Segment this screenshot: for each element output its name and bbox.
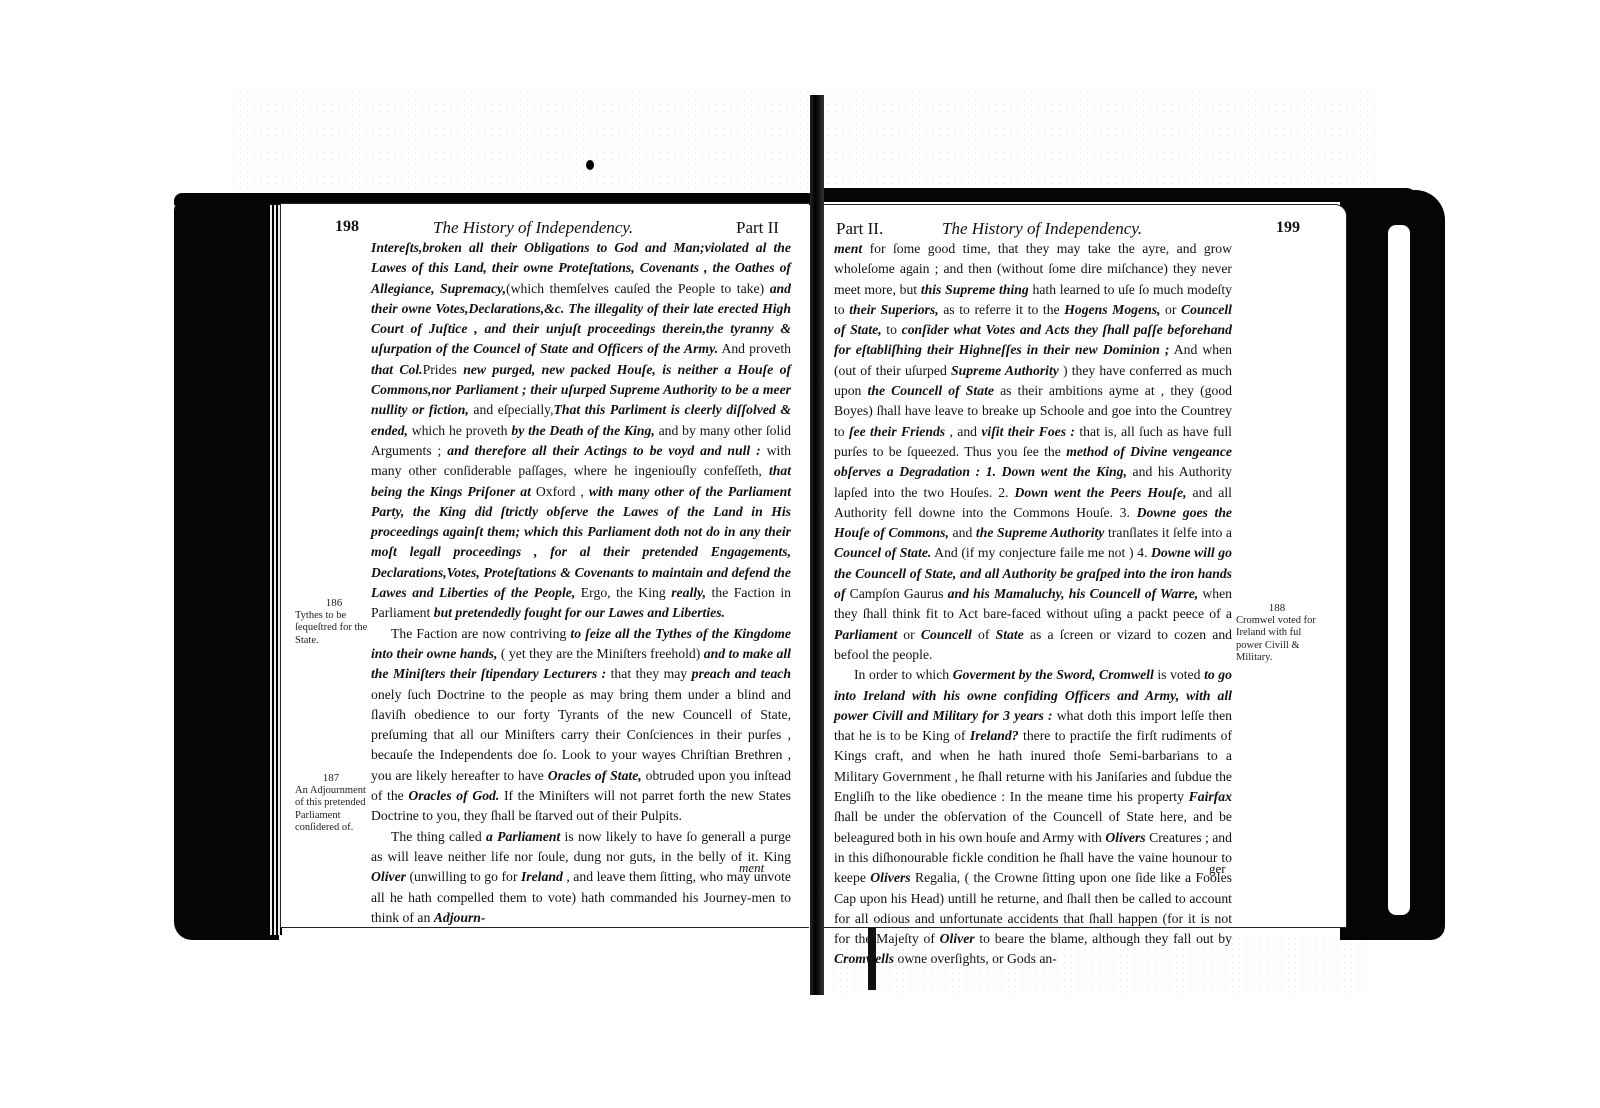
italic-text-run: Councel of State.: [834, 545, 931, 560]
paragraph: The Faction are now contriving to ſeize …: [371, 624, 791, 827]
margin-note-186: 186 Tythes to be ſequeſtred for the Stat…: [295, 597, 373, 647]
margin-note-187: 187 An Adjournment of this pretended Par…: [295, 772, 367, 835]
text-run: (unwilling to go for: [406, 869, 521, 884]
margin-note-number: 187: [295, 772, 367, 785]
italic-text-run: Ireland: [521, 869, 563, 884]
left-running-title: The History of Independency.: [433, 218, 633, 238]
italic-text-run: preach and teach: [692, 666, 791, 681]
right-running-title: The History of Independency.: [942, 219, 1142, 239]
text-run: Prides: [423, 362, 464, 377]
text-run: Ergo, the King: [575, 585, 671, 600]
left-part-label: Part II: [736, 218, 779, 238]
italic-text-run: Goverment by the Sword, Cromwell: [953, 667, 1154, 682]
scan-noise-top: [230, 90, 1380, 195]
text-run: and: [949, 525, 976, 540]
italic-text-run: Parliament: [834, 627, 897, 642]
text-run: and eſpecially,: [469, 402, 554, 417]
text-run: which he proveth: [408, 423, 511, 438]
text-run: Oxford ,: [531, 484, 589, 499]
italic-text-run: and therefore all their Actings to be vo…: [447, 443, 760, 458]
text-run: or: [897, 627, 921, 642]
margin-note-number: 188: [1236, 602, 1318, 615]
left-catchword: ment: [739, 860, 764, 876]
margin-note-188: 188 Cromwel voted for Ireland with ful p…: [1236, 602, 1318, 665]
text-run: to beare the blame, although they fall o…: [975, 931, 1232, 946]
text-run: or: [1160, 302, 1181, 317]
cover-right-highlight: [1388, 225, 1410, 915]
italic-text-run: and his Mamaluchy, his Councell of Warre…: [948, 586, 1199, 601]
right-running-head: Part II. The History of Independency. 19…: [824, 219, 1346, 241]
book-cover-left: [174, 197, 279, 940]
text-run: (which themſelves cauſed the People to t…: [506, 281, 770, 296]
italic-text-run: that Col.: [371, 362, 423, 377]
text-run: that they may: [606, 666, 691, 681]
left-page-number: 198: [335, 218, 359, 236]
italic-text-run: Oliver: [371, 869, 406, 884]
text-run: And proveth: [718, 341, 791, 356]
italic-text-run: Oracles of State,: [548, 768, 642, 783]
italic-text-run: a Parliament: [486, 829, 560, 844]
text-run: In order to which: [854, 667, 953, 682]
paragraph: ment for ſome good time, that they may t…: [834, 239, 1232, 665]
book-spine: [810, 95, 824, 995]
italic-text-run: the Councell of State: [868, 383, 994, 398]
italic-text-run: Oracles of God.: [408, 788, 499, 803]
text-run: The thing called: [391, 829, 486, 844]
margin-note-text: Tythes to be ſequeſtred for the State.: [295, 610, 367, 646]
right-page-number: 199: [1276, 219, 1300, 237]
italic-text-run: ment: [834, 241, 862, 256]
italic-text-run: Down went the Peers Houſe,: [1015, 485, 1187, 500]
text-run: of: [972, 627, 996, 642]
italic-text-run: the Supreme Authority: [976, 525, 1104, 540]
italic-text-run: State: [996, 627, 1024, 642]
text-run: ( yet they are the Miniſters freehold): [497, 646, 703, 661]
paragraph: In order to which Goverment by the Sword…: [834, 665, 1232, 969]
italic-text-run: with many other of the Parliament Party,…: [371, 484, 791, 600]
italic-text-run: really,: [671, 585, 706, 600]
text-run: owne overſights, or Gods an-: [894, 951, 1057, 966]
text-run: , and: [945, 424, 981, 439]
right-part-label: Part II.: [836, 219, 883, 239]
margin-note-text: Cromwel voted for Ireland with ful power…: [1236, 615, 1316, 664]
italic-text-run: this Supreme thing: [921, 282, 1029, 297]
margin-note-number: 186: [295, 597, 373, 610]
right-catchword: ger: [1209, 861, 1226, 877]
margin-note-text: An Adjournment of this pretended Parliam…: [295, 785, 366, 834]
italic-text-run: Ireland?: [970, 728, 1019, 743]
italic-text-run: Adjourn-: [434, 910, 486, 925]
italic-text-run: Cromwells: [834, 951, 894, 966]
italic-text-run: Olivers: [870, 870, 910, 885]
italic-text-run: but pretendedly fought for our Lawes and…: [434, 605, 725, 620]
book-cover-top-right: [820, 188, 1420, 202]
italic-text-run: viſit their Foes :: [981, 424, 1075, 439]
italic-text-run: Councell: [921, 627, 972, 642]
right-body-text: ment for ſome good time, that they may t…: [834, 239, 1232, 970]
paragraph: The thing called a Parliament is now lik…: [371, 827, 791, 928]
text-run: as to referre it to the: [939, 302, 1065, 317]
italic-text-run: Oliver: [940, 931, 975, 946]
text-run: to: [882, 322, 902, 337]
italic-text-run: Fairfax: [1189, 789, 1232, 804]
text-run: tranſlates it ſelfe into a: [1104, 525, 1232, 540]
text-run: The Faction are now contriving: [391, 626, 570, 641]
left-body-text: Intereſts,broken all their Obligations t…: [371, 238, 791, 928]
text-run: is voted: [1154, 667, 1204, 682]
paragraph: Intereſts,broken all their Obligations t…: [371, 238, 791, 624]
right-page: Part II. The History of Independency. 19…: [824, 204, 1347, 928]
italic-text-run: their Superiors,: [849, 302, 938, 317]
italic-text-run: Supreme Authority: [951, 363, 1059, 378]
italic-text-run: Hogens Mogens,: [1064, 302, 1160, 317]
left-page: 198 The History of Independency. Part II…: [280, 203, 809, 928]
text-run: Campſon Gaurus: [845, 586, 947, 601]
text-run: And (if my conjecture faile me not ) 4.: [931, 545, 1151, 560]
italic-text-run: ſee their Friends: [849, 424, 945, 439]
italic-text-run: Olivers: [1105, 830, 1145, 845]
left-running-head: 198 The History of Independency. Part II: [281, 218, 809, 240]
ink-spot: [586, 160, 594, 170]
italic-text-run: by the Death of the King,: [511, 423, 654, 438]
